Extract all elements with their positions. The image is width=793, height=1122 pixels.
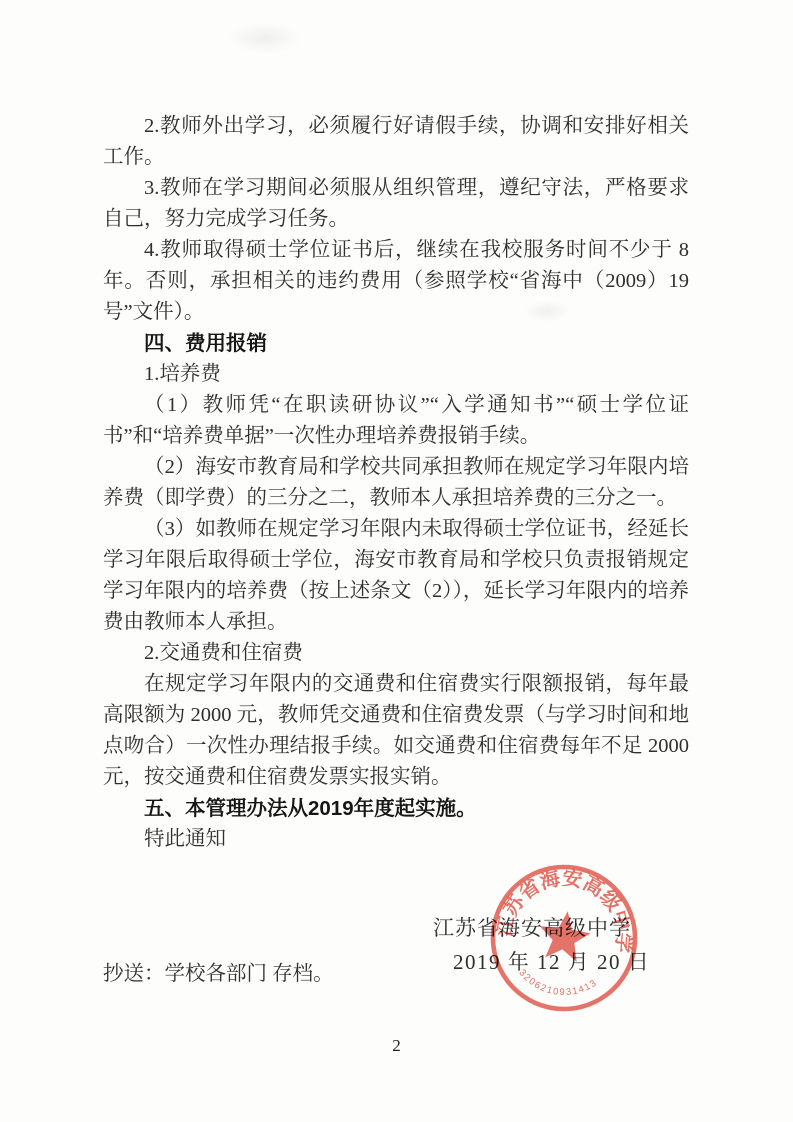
scan-smudge — [228, 22, 302, 54]
paragraph-item-3: 3.教师在学习期间必须服从组织管理，遵纪守法，严格要求自己，努力完成学习任务。 — [103, 173, 689, 235]
cc-line: 抄送：学校各部门 存档。 — [103, 956, 334, 986]
paragraph-training-fee-2: （2）海安市教育局和学校共同承担教师在规定学习年限内培养费（即学费）的三分之二，… — [103, 452, 689, 514]
official-seal: 江苏省海安高级中学 3206210931413 — [474, 848, 655, 1029]
section-heading-effective-date: 五、本管理办法从2019年度起实施。 — [103, 793, 689, 824]
page-number: 2 — [0, 1036, 793, 1056]
paragraph-training-fee-1: （1）教师凭“在职读研协议”“入学通知书”“硕士学位证书”和“培养费单据”一次性… — [103, 390, 689, 452]
document-page: 2.教师外出学习，必须履行好请假手续，协调和安排好相关工作。 3.教师在学习期间… — [0, 0, 793, 1122]
paragraph-item-4: 4.教师取得硕士学位证书后，继续在我校服务时间不少于 8 年。否则，承担相关的违… — [103, 235, 689, 328]
subheading-training-fee: 1.培养费 — [103, 359, 689, 390]
subheading-travel-lodging: 2.交通费和住宿费 — [103, 638, 689, 669]
section-heading-expenses: 四、费用报销 — [103, 328, 689, 359]
seal-star-icon — [536, 908, 594, 964]
paragraph-training-fee-3: （3）如教师在规定学习年限内未取得硕士学位证书，经延长学习年限后取得硕士学位，海… — [103, 514, 689, 638]
paragraph-item-2: 2.教师外出学习，必须履行好请假手续，协调和安排好相关工作。 — [103, 111, 689, 173]
paragraph-travel-lodging: 在规定学习年限内的交通费和住宿费实行限额报销，每年最高限额为 2000 元，教师… — [103, 669, 689, 793]
closing-note: 特此通知 — [103, 824, 689, 855]
document-body: 2.教师外出学习，必须履行好请假手续，协调和安排好相关工作。 3.教师在学习期间… — [103, 111, 689, 855]
